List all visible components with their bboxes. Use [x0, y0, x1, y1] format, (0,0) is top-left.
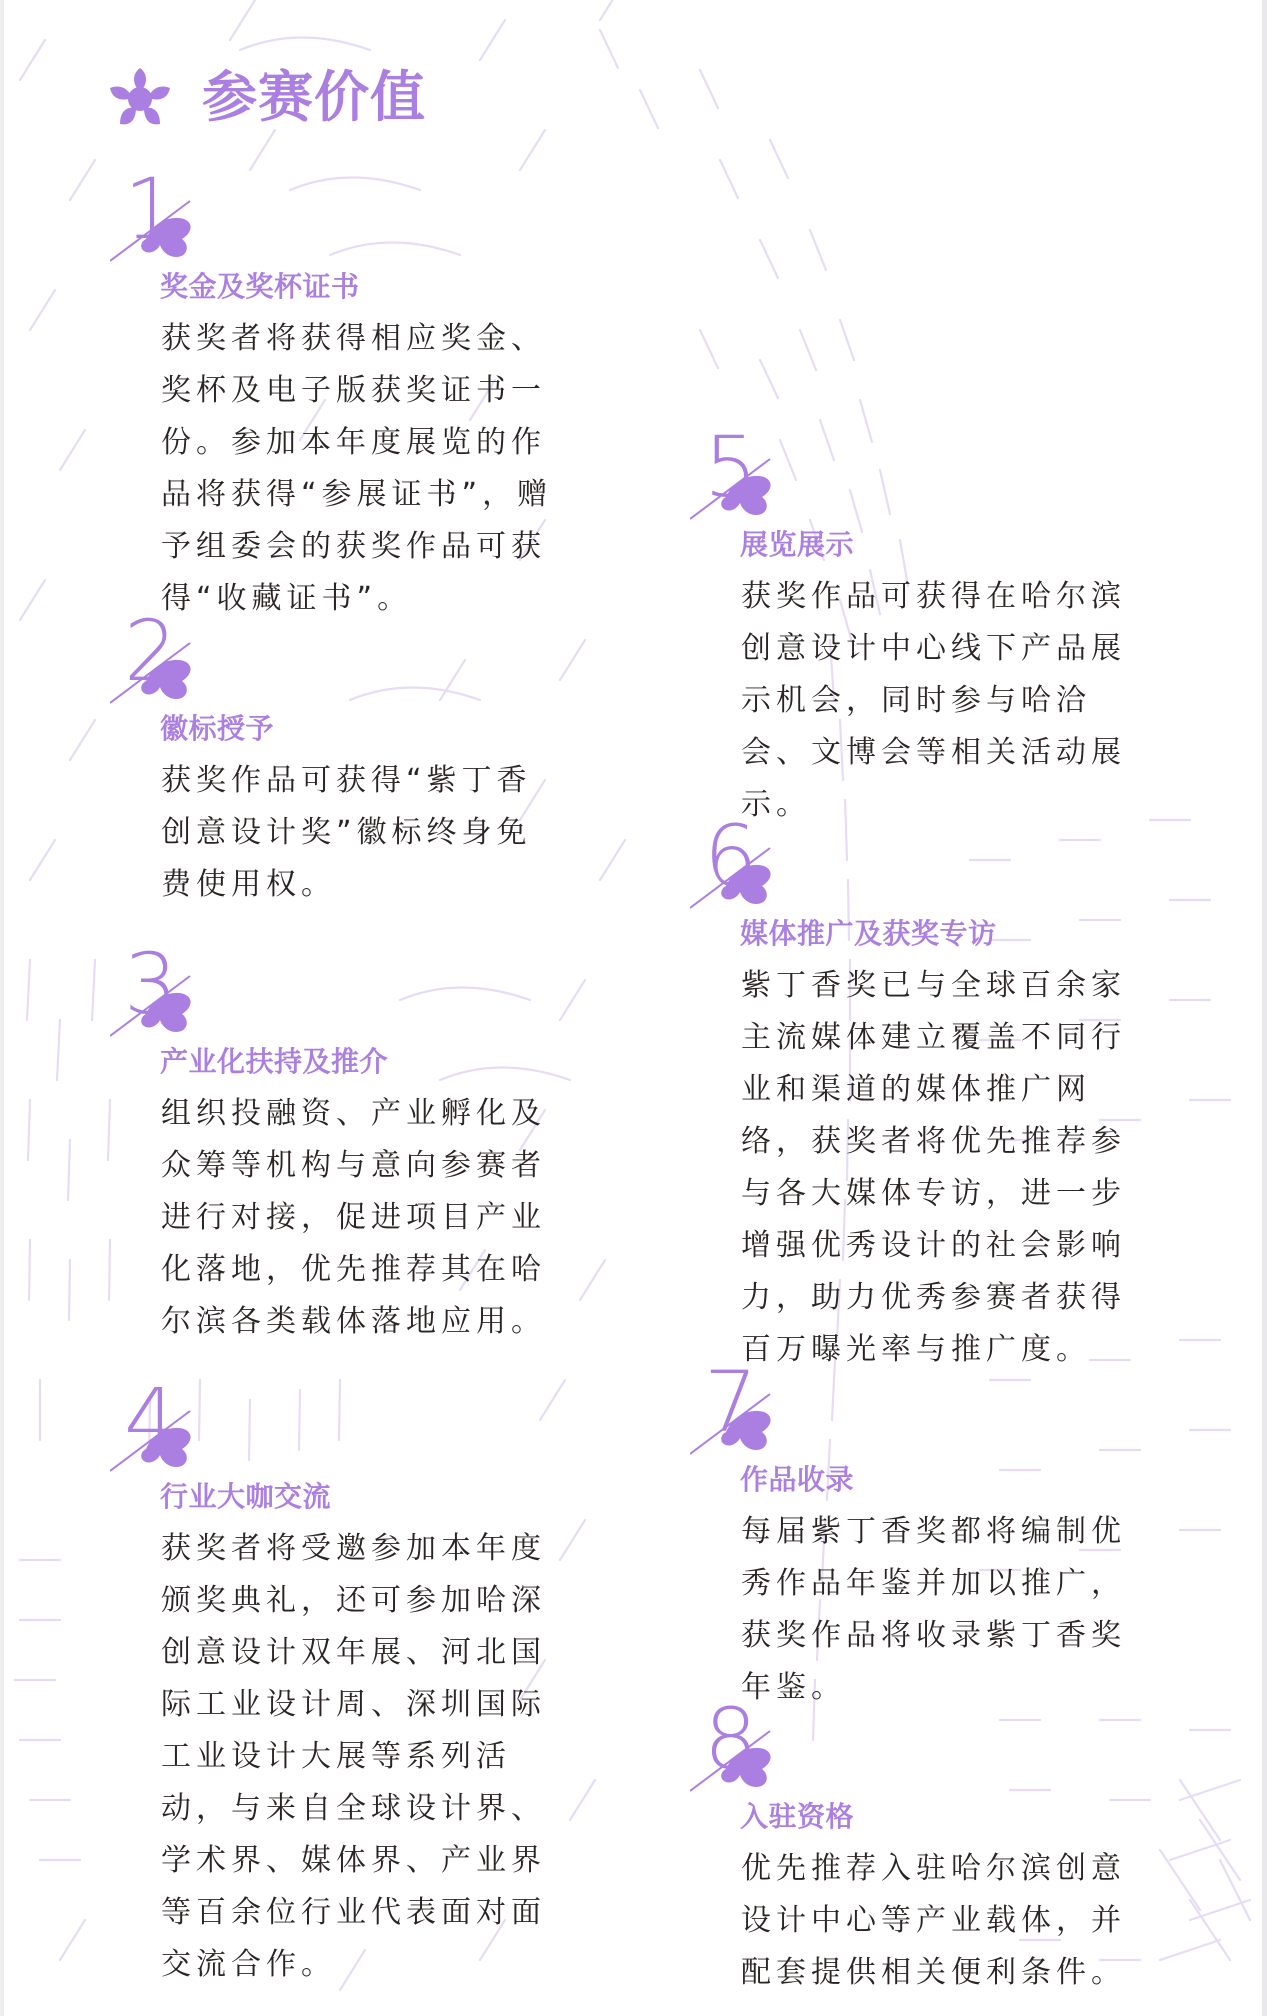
section-heading: 作品收录 [740, 1460, 1150, 1500]
half-flower-slash-icon [690, 433, 800, 525]
half-flower-slash-icon [110, 950, 220, 1042]
number-badge: 6 [690, 822, 800, 914]
section-body: 获奖作品可获得“紫丁香创意设计奖”徽标终身免费使用权。 [161, 755, 561, 911]
half-flower-slash-icon [690, 1705, 800, 1797]
section-body: 获奖者将获得相应奖金、奖杯及电子版获奖证书一份。参加本年度展览的作品将获得“参展… [161, 313, 561, 625]
number-badge: 7 [690, 1368, 800, 1460]
section-heading: 入驻资格 [740, 1797, 1150, 1837]
section-body: 组织投融资、产业孵化及众筹等机构与意向参赛者进行对接，促进项目产业化落地，优先推… [161, 1088, 561, 1348]
number-badge: 8 [690, 1705, 800, 1797]
section-heading: 徽标授予 [160, 709, 570, 749]
benefit-section-2: 2 徽标授予 获奖作品可获得“紫丁香创意设计奖”徽标终身免费使用权。 [110, 617, 570, 911]
number-badge: 3 [110, 950, 220, 1042]
section-heading: 奖金及奖杯证书 [160, 267, 570, 307]
section-body: 紫丁香奖已与全球百余家主流媒体建立覆盖不同行业和渠道的媒体推广网络，获奖者将优先… [741, 960, 1141, 1376]
benefit-section-8: 8 入驻资格 优先推荐入驻哈尔滨创意设计中心等产业载体，并配套提供相关便利条件。 [690, 1705, 1150, 1999]
left-edge-border [0, 0, 4, 2016]
half-flower-slash-icon [110, 1385, 220, 1477]
right-edge-border [1262, 0, 1267, 2016]
section-heading: 行业大咖交流 [160, 1477, 570, 1517]
half-flower-slash-icon [690, 822, 800, 914]
number-badge: 2 [110, 617, 220, 709]
section-body: 每届紫丁香奖都将编制优秀作品年鉴并加以推广，获奖作品将收录紫丁香奖年鉴。 [741, 1506, 1141, 1714]
number-badge: 5 [690, 433, 800, 525]
benefit-section-7: 7 作品收录 每届紫丁香奖都将编制优秀作品年鉴并加以推广，获奖作品将收录紫丁香奖… [690, 1368, 1150, 1714]
number-badge: 4 [110, 1385, 220, 1477]
section-heading: 产业化扶持及推介 [160, 1042, 570, 1082]
section-body: 获奖作品可获得在哈尔滨创意设计中心线下产品展示机会，同时参与哈洽会、文博会等相关… [741, 571, 1141, 831]
number-badge: 1 [110, 175, 220, 267]
half-flower-slash-icon [110, 617, 220, 709]
section-body: 获奖者将受邀参加本年度颁奖典礼，还可参加哈深创意设计双年展、河北国际工业设计周、… [161, 1523, 561, 1991]
benefit-section-5: 5 展览展示 获奖作品可获得在哈尔滨创意设计中心线下产品展示机会，同时参与哈洽会… [690, 433, 1150, 831]
lilac-flower-icon [108, 66, 172, 128]
benefit-section-3: 3 产业化扶持及推介 组织投融资、产业孵化及众筹等机构与意向参赛者进行对接，促进… [110, 950, 570, 1348]
benefit-section-6: 6 媒体推广及获奖专访 紫丁香奖已与全球百余家主流媒体建立覆盖不同行业和渠道的媒… [690, 822, 1150, 1376]
half-flower-slash-icon [690, 1368, 800, 1460]
page-header: 参赛价值 [108, 62, 426, 132]
section-heading: 展览展示 [740, 525, 1150, 565]
section-heading: 媒体推广及获奖专访 [740, 914, 1150, 954]
half-flower-slash-icon [110, 175, 220, 267]
benefit-section-1: 1 奖金及奖杯证书 获奖者将获得相应奖金、奖杯及电子版获奖证书一份。参加本年度展… [110, 175, 570, 625]
benefit-section-4: 4 行业大咖交流 获奖者将受邀参加本年度颁奖典礼，还可参加哈深创意设计双年展、河… [110, 1385, 570, 1991]
section-body: 优先推荐入驻哈尔滨创意设计中心等产业载体，并配套提供相关便利条件。 [741, 1843, 1141, 1999]
page-title: 参赛价值 [202, 62, 426, 132]
